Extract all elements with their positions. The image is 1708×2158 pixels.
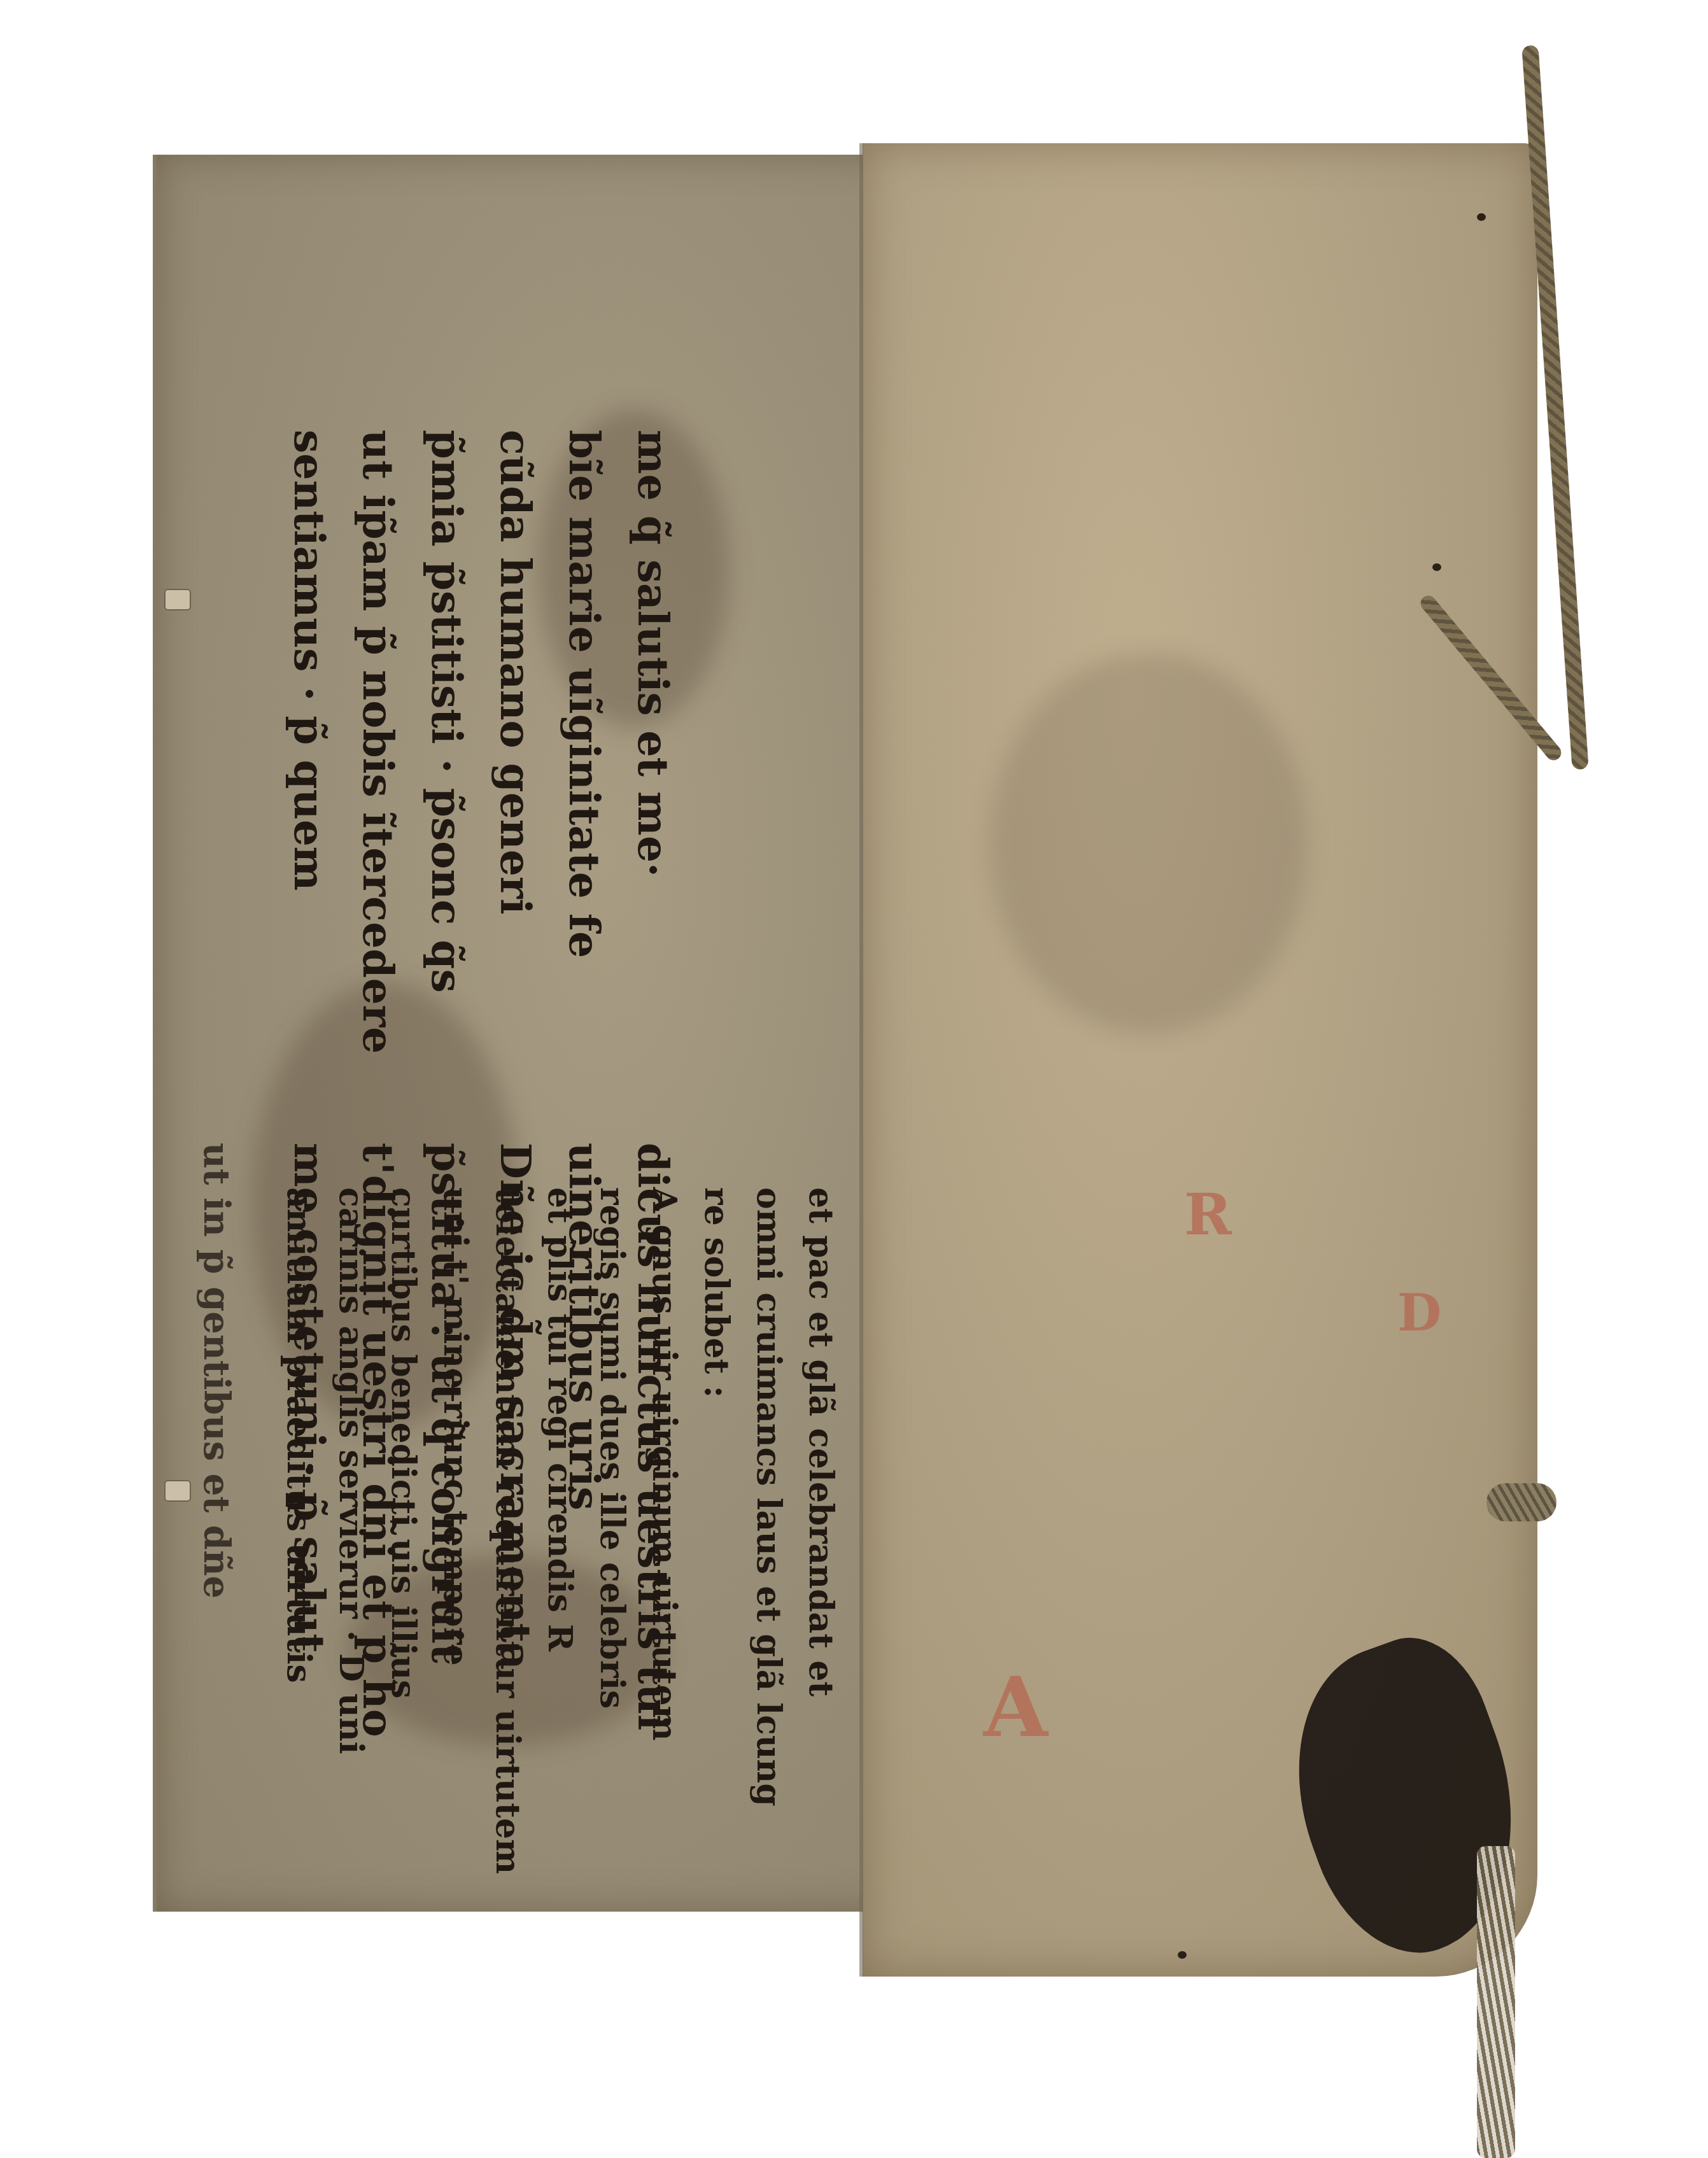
- fold-line: [859, 143, 863, 1977]
- gothic-text-edge-column: ut in p̃ gentibus et dñe: [191, 1143, 242, 1598]
- rubric-initial: R: [1184, 1181, 1232, 1248]
- sewing-hole: [1178, 1951, 1187, 1959]
- sewing-tab: [164, 589, 191, 610]
- text-line: bĩe marie uĩginitate fe: [550, 430, 619, 1054]
- gothic-text-upper-column: me q̃ salutis et me· bĩe marie uĩginitat…: [275, 430, 688, 1054]
- text-line: uni t' mine riunc tempore: [429, 1187, 481, 1874]
- text-line: carinis anglis servierur · D uni: [325, 1187, 377, 1874]
- text-line: et pac et glã celebrandat et: [794, 1187, 847, 1874]
- text-line: curtibus benedicti uis illius: [377, 1187, 429, 1874]
- text-line: et p̃lis tui regi cirendis R: [533, 1187, 586, 1874]
- gothic-text-right-column: et pac et glã celebrandat et omni cruima…: [272, 1187, 847, 1874]
- text-line: cũda humano generi: [481, 430, 550, 1054]
- water-stain: [990, 652, 1308, 1034]
- sewing-tab: [164, 1480, 191, 1502]
- bottom-hanging-threads: [1477, 1846, 1515, 2158]
- text-line: regis sumi dues ille celebris: [586, 1187, 638, 1874]
- rubric-initial: D: [1397, 1283, 1441, 1343]
- text-line: me q̃ salutis et me·: [619, 430, 688, 1054]
- text-line: ut in p̃ gentibus et dñe: [191, 1143, 242, 1598]
- text-line: A gnus uir uirginum uirtutem: [638, 1187, 690, 1874]
- text-line: telectamentum requirentur uirtutem: [481, 1187, 533, 1874]
- text-line: re solubet :: [690, 1187, 742, 1874]
- text-line: sentiamus · p̃ quem: [275, 430, 344, 1054]
- cord-tie-knot: [1486, 1483, 1556, 1521]
- rubric-initial: A: [984, 1658, 1048, 1756]
- text-line: amitium praeditus uirtutis: [272, 1187, 325, 1874]
- text-line: omni cruimancs laus et glã lcung: [742, 1187, 794, 1874]
- sewing-hole: [1432, 563, 1441, 571]
- right-parchment-panel: [863, 143, 1537, 1977]
- parchment-cover: me q̃ salutis et me· bĩe marie uĩginitat…: [153, 143, 1541, 1977]
- text-line: p̃mia p̃stitisti · p̃sonc q̃s: [413, 430, 481, 1054]
- text-line: ut ip̃am p̃ nobis ĩtercedere: [344, 430, 413, 1054]
- sewing-hole: [1477, 213, 1486, 221]
